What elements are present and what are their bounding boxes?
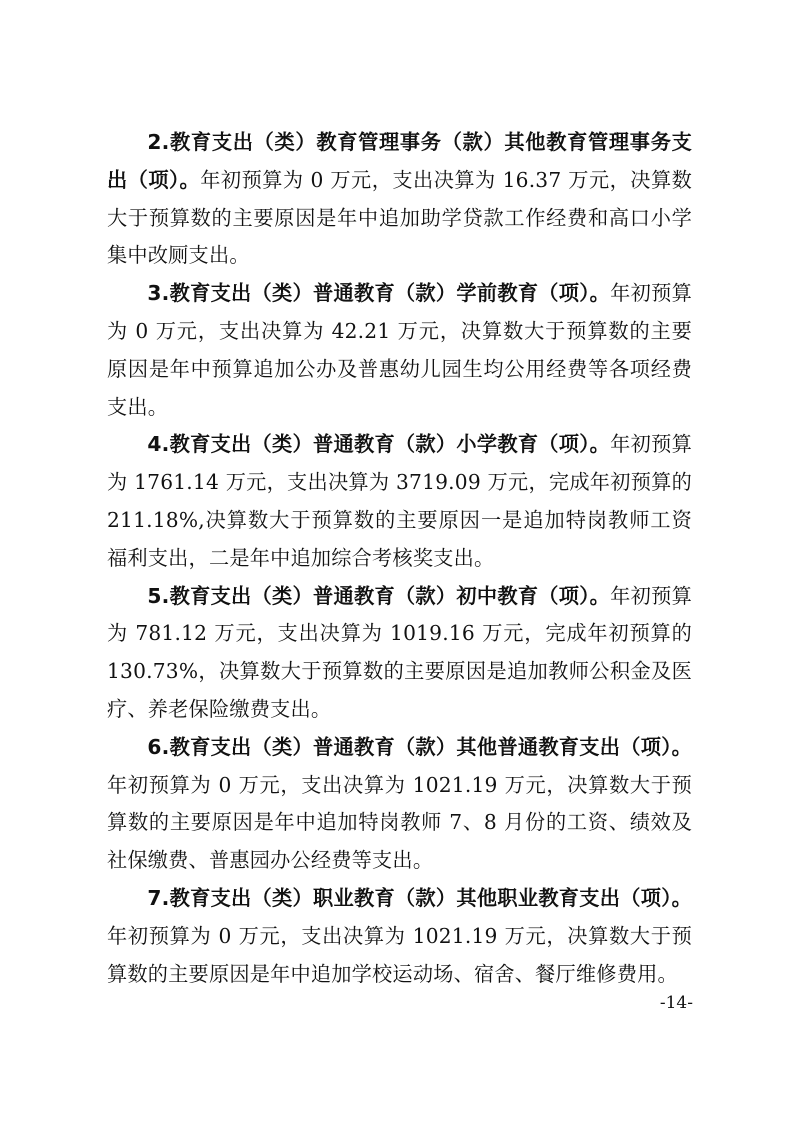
- paragraph-item-3: 3.教育支出（类）普通教育（款）学前教育（项）。年初预算为 0 万元，支出决算为…: [107, 275, 692, 426]
- page-number: -14-: [660, 993, 693, 1013]
- paragraph-heading: 3.教育支出（类）普通教育（款）学前教育（项）。: [147, 281, 610, 305]
- paragraph-item-7: 7.教育支出（类）职业教育（款）其他职业教育支出（项）。年初预算为 0 万元，支…: [107, 880, 692, 993]
- paragraph-heading: 5.教育支出（类）普通教育（款）初中教育（项）。: [147, 584, 610, 608]
- paragraph-item-5: 5.教育支出（类）普通教育（款）初中教育（项）。年初预算为 781.12 万元，…: [107, 578, 692, 729]
- paragraph-item-2: 2.教育支出（类）教育管理事务（款）其他教育管理事务支出（项）。年初预算为 0 …: [107, 124, 692, 275]
- paragraph-body: 年初预算为 0 万元，支出决算为 1021.19 万元，决算数大于预算数的主要原…: [107, 773, 692, 873]
- paragraph-body: 年初预算为 0 万元，支出决算为 1021.19 万元，决算数大于预算数的主要原…: [107, 924, 692, 986]
- paragraph-item-4: 4.教育支出（类）普通教育（款）小学教育（项）。年初预算为 1761.14 万元…: [107, 426, 692, 577]
- paragraph-heading: 4.教育支出（类）普通教育（款）小学教育（项）。: [147, 432, 610, 456]
- document-page: 2.教育支出（类）教育管理事务（款）其他教育管理事务支出（项）。年初预算为 0 …: [107, 124, 692, 993]
- paragraph-item-6: 6.教育支出（类）普通教育（款）其他普通教育支出（项）。年初预算为 0 万元，支…: [107, 729, 692, 880]
- paragraph-heading: 6.教育支出（类）普通教育（款）其他普通教育支出（项）。: [147, 735, 692, 759]
- paragraph-heading: 7.教育支出（类）职业教育（款）其他职业教育支出（项）。: [147, 886, 692, 910]
